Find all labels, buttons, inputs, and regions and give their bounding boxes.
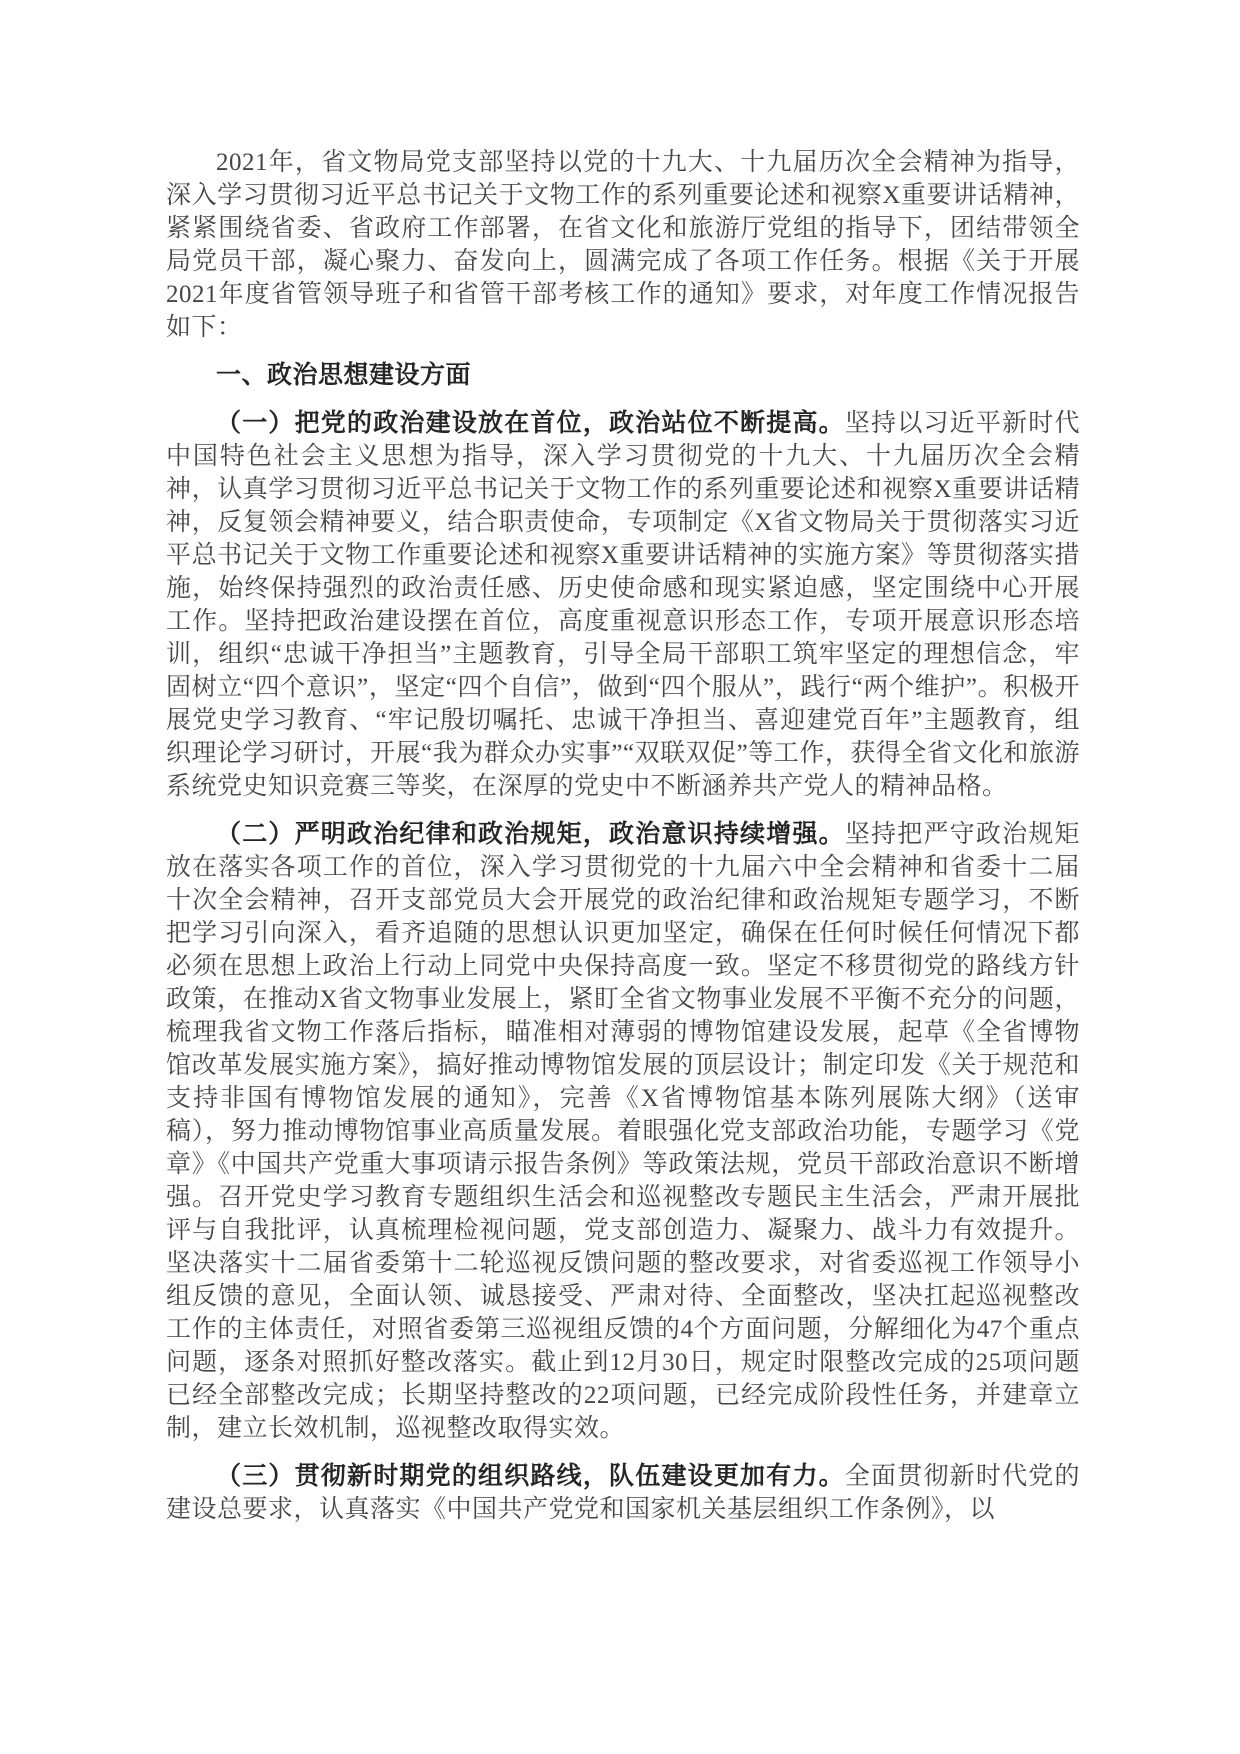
document-body: 2021年，省文物局党支部坚持以党的十九大、十九届历次全会精神为指导，深入学习贯… [166, 146, 1080, 1526]
paragraph-2-lead: （二）严明政治纪律和政治规矩，政治意识持续增强。 [216, 821, 845, 848]
paragraph-1-lead: （一）把党的政治建设放在首位，政治站位不断提高。 [216, 410, 845, 437]
paragraph-1-text: 坚持以习近平新时代中国特色社会主义思想为指导，深入学习贯彻党的十九大、十九届历次… [166, 410, 1080, 800]
section-heading-text: 一、政治思想建设方面 [216, 362, 471, 389]
paragraph-1: （一）把党的政治建设放在首位，政治站位不断提高。坚持以习近平新时代中国特色社会主… [166, 407, 1080, 803]
section-heading: 一、政治思想建设方面 [166, 359, 1080, 392]
paragraph-3: （三）贯彻新时期党的组织路线，队伍建设更加有力。全面贯彻新时代党的建设总要求，认… [166, 1460, 1080, 1526]
paragraph-2: （二）严明政治纪律和政治规矩，政治意识持续增强。坚持把严守政治规矩放在落实各项工… [166, 818, 1080, 1445]
document-page: 2021年，省文物局党支部坚持以党的十九大、十九届历次全会精神为指导，深入学习贯… [0, 0, 1240, 1754]
paragraph-3-lead: （三）贯彻新时期党的组织路线，队伍建设更加有力。 [216, 1463, 845, 1490]
intro-paragraph: 2021年，省文物局党支部坚持以党的十九大、十九届历次全会精神为指导，深入学习贯… [166, 146, 1080, 344]
paragraph-2-text: 坚持把严守政治规矩放在落实各项工作的首位，深入学习贯彻党的十九届六中全会精神和省… [166, 821, 1080, 1442]
intro-paragraph-text: 2021年，省文物局党支部坚持以党的十九大、十九届历次全会精神为指导，深入学习贯… [166, 149, 1080, 341]
